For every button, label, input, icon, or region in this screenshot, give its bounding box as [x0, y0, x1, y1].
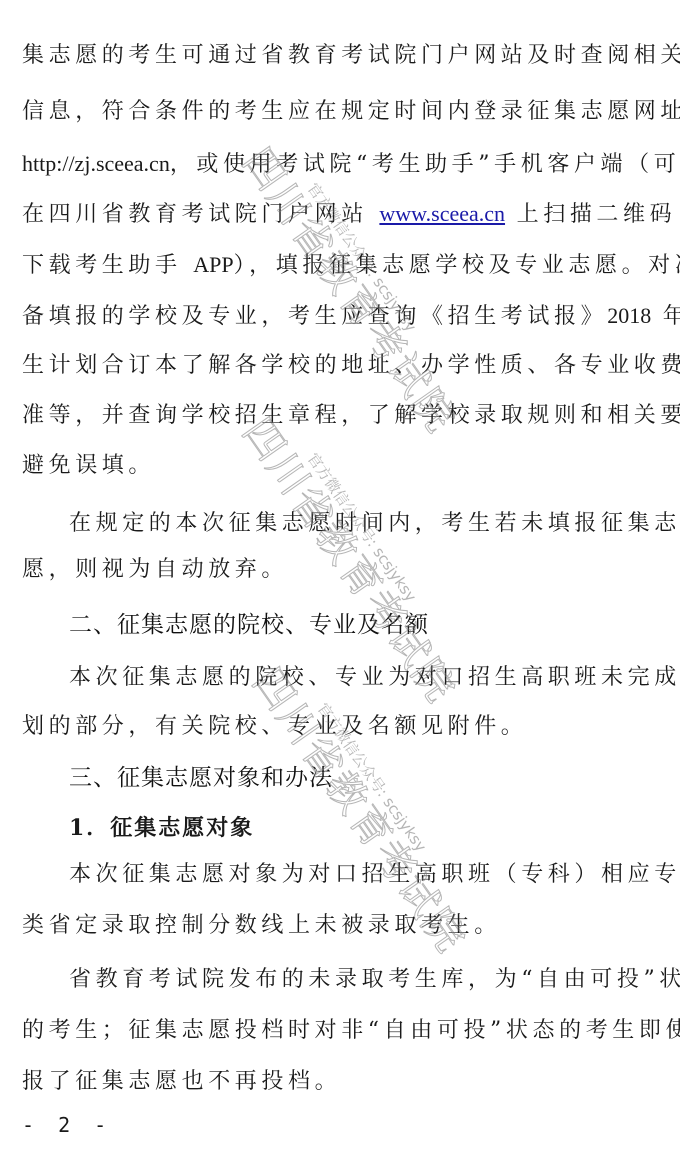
text-line: 类省定录取控制分数线上未被录取考生。	[22, 911, 662, 941]
text-line: 报了征集志愿也不再投档。	[22, 1067, 662, 1097]
section-heading: 二、征集志愿的院校、专业及名额	[69, 610, 680, 640]
text-line: 划的部分，有关院校、专业及名额见附件。	[22, 712, 662, 742]
text-line: http://zj.sceea.cn，或使用考试院“考生助手”手机客户端（可	[22, 149, 662, 180]
watermark: 四川省教育考试院 官方微信公众号: scsjyksy	[268, 403, 473, 688]
text-line: 在四川省教育考试院门户网站 www.sceea.cn 上扫描二维码	[22, 199, 662, 230]
text-line: 省教育考试院发布的未录取考生库，为“自由可投”状态	[69, 965, 680, 995]
text-line: 下载考生助手 APP），填报征集志愿学校及专业志愿。对准	[22, 250, 662, 281]
page-number: - 2 -	[22, 1113, 112, 1137]
text-line: 信息，符合条件的考生应在规定时间内登录征集志愿网址	[22, 97, 662, 127]
text-line: 愿，则视为自动放弃。	[22, 555, 662, 585]
text-line: 本次征集志愿对象为对口招生高职班（专科）相应专业	[69, 860, 680, 890]
sub-heading: 1．征集志愿对象	[69, 813, 680, 843]
text-line: 避免误填。	[22, 451, 662, 481]
section-heading: 三、征集志愿对象和办法	[69, 763, 680, 793]
watermark: 四川省教育考试院 官方微信公众号: scsjyksy	[278, 653, 483, 938]
text-line: 集志愿的考生可通过省教育考试院门户网站及时查阅相关	[22, 41, 662, 71]
text-line: 准等，并查询学校招生章程，了解学校录取规则和相关要求，	[22, 401, 662, 431]
text-line: 在规定的本次征集志愿时间内，考生若未填报征集志	[69, 509, 680, 539]
text-line: 本次征集志愿的院校、专业为对口招生高职班未完成计	[69, 663, 680, 693]
text-line: 的考生；征集志愿投档时对非“自由可投”状态的考生即使填	[22, 1016, 662, 1046]
url-text: http://zj.sceea.cn	[22, 151, 170, 176]
sceea-link[interactable]: www.sceea.cn	[379, 201, 505, 226]
text-line: 备填报的学校及专业，考生应查询《招生考试报》2018 年招	[22, 301, 662, 332]
text-line: 生计划合订本了解各学校的地址、办学性质、各专业收费标	[22, 351, 662, 381]
